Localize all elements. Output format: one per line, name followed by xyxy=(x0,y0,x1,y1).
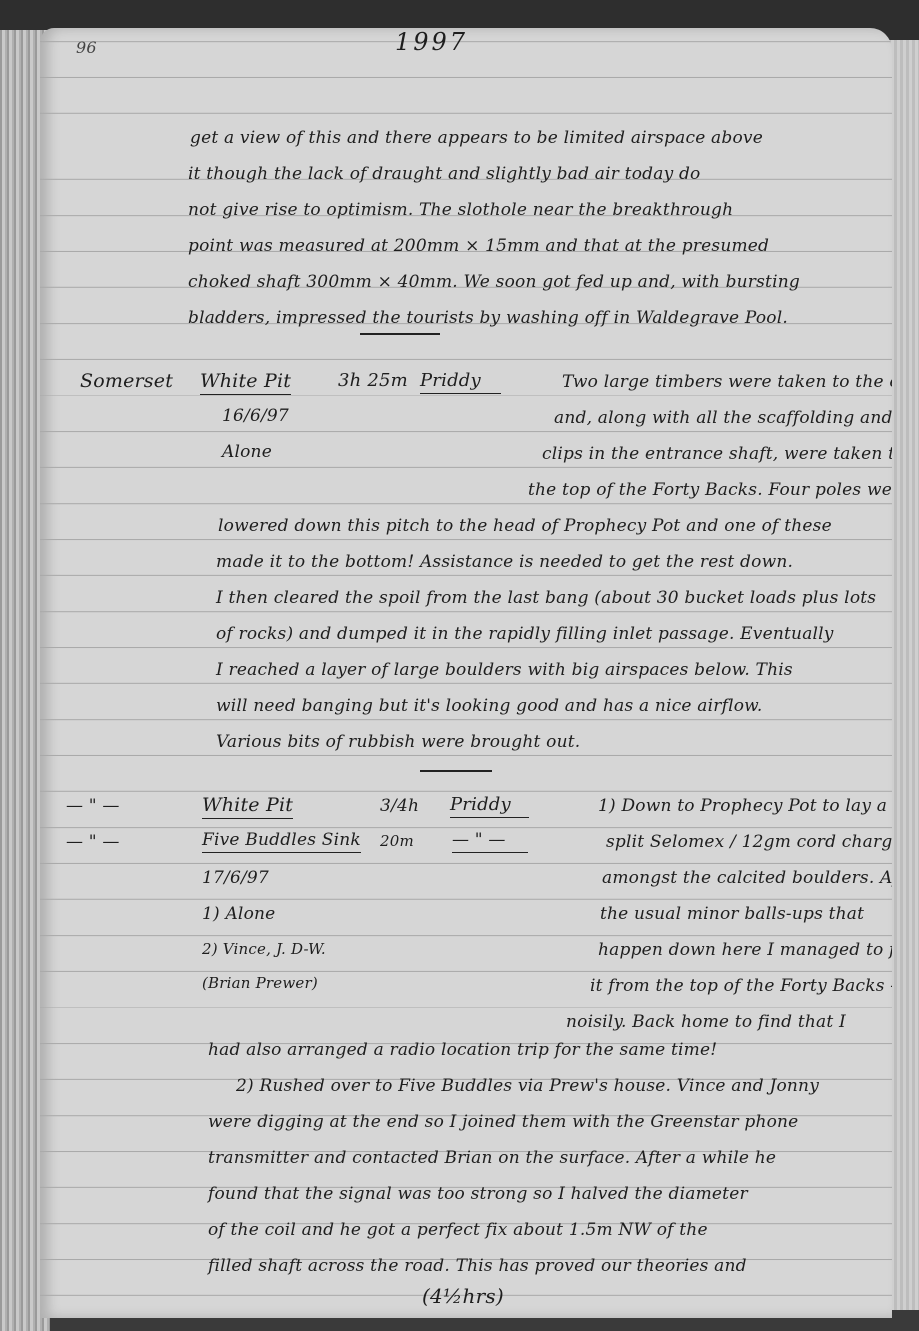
entry2-cave-1: White Pit xyxy=(202,794,293,819)
entry1-region: Somerset xyxy=(80,370,173,392)
continuation-line: not give rise to optimism. The slothole … xyxy=(188,200,733,220)
entry2-cave-2: Five Buddles Sink xyxy=(202,830,361,853)
entry1-line: I then cleared the spoil from the last b… xyxy=(216,588,876,608)
entry2-side-line: happen down here I managed to fire xyxy=(598,940,892,960)
entry2-side-line: split Selomex / 12gm cord charge xyxy=(606,832,892,852)
entry1-line: Various bits of rubbish were brought out… xyxy=(216,732,580,752)
year-heading: 1997 xyxy=(395,28,468,56)
entry2-duration-2: 20m xyxy=(380,832,414,850)
entry2-total-time: (4½hrs) xyxy=(422,1284,504,1308)
entry2-party-2: 2) Vince, J. D-W. xyxy=(202,940,326,958)
entry2-line: 2) Rushed over to Five Buddles via Prew'… xyxy=(236,1076,819,1096)
entry1-side-line: the top of the Forty Backs. Four poles w… xyxy=(528,480,892,500)
entry2-line: transmitter and contacted Brian on the s… xyxy=(208,1148,776,1168)
entry2-location-1: Priddy xyxy=(450,794,529,818)
continuation-line: choked shaft 300mm × 40mm. We soon got f… xyxy=(188,272,800,292)
entry2-line: of the coil and he got a perfect fix abo… xyxy=(208,1220,708,1240)
entry1-duration: 3h 25m xyxy=(338,370,408,391)
continuation-line: bladders, impressed the tourists by wash… xyxy=(188,308,788,328)
entry1-party: Alone xyxy=(222,442,272,462)
entry2-line: filled shaft across the road. This has p… xyxy=(208,1256,747,1276)
separator-line xyxy=(420,770,492,772)
entry2-location-2: — " — xyxy=(452,830,528,853)
entry1-line: made it to the bottom! Assistance is nee… xyxy=(216,552,793,572)
entry2-date: 17/6/97 xyxy=(202,868,269,888)
notebook-page: 96 1997 get a view of this and there app… xyxy=(40,28,892,1318)
continuation-line: point was measured at 200mm × 15mm and t… xyxy=(188,236,769,256)
entry1-line: of rocks) and dumped it in the rapidly f… xyxy=(216,624,834,644)
continuation-line: it though the lack of draught and slight… xyxy=(188,164,701,184)
entry2-line: found that the signal was too strong so … xyxy=(208,1184,748,1204)
separator-line xyxy=(360,333,440,335)
page-number: 96 xyxy=(76,38,97,57)
entry2-duration-1: 3/4h xyxy=(380,796,419,816)
entry1-line: lowered down this pitch to the head of P… xyxy=(218,516,832,536)
entry2-side-line: noisily. Back home to find that I xyxy=(566,1012,846,1032)
entry1-side-line: Two large timbers were taken to the cave xyxy=(562,372,892,392)
entry2-side-line: the usual minor balls-ups that xyxy=(600,904,864,924)
entry1-location: Priddy xyxy=(420,370,501,394)
entry1-side-line: clips in the entrance shaft, were taken … xyxy=(542,444,892,464)
entry1-date: 16/6/97 xyxy=(222,406,289,426)
entry2-side-line: amongst the calcited boulders. After xyxy=(602,868,892,888)
entry2-ditto: — " — xyxy=(66,832,120,852)
entry2-side-line: 1) Down to Prophecy Pot to lay a xyxy=(598,796,887,816)
entry1-line: I reached a layer of large boulders with… xyxy=(216,660,793,680)
entry2-party-3: (Brian Prewer) xyxy=(202,974,318,992)
entry2-line: were digging at the end so I joined them… xyxy=(208,1112,798,1132)
next-page-edge xyxy=(888,40,919,1310)
entry2-side-line: it from the top of the Forty Backs - ver… xyxy=(590,976,892,996)
entry1-cave: White Pit xyxy=(200,370,291,395)
entry2-party-1: 1) Alone xyxy=(202,904,275,924)
entry1-side-line: and, along with all the scaffolding and xyxy=(554,408,892,428)
entry2-line: had also arranged a radio location trip … xyxy=(208,1040,717,1060)
entry1-line: will need banging but it's looking good … xyxy=(216,696,763,716)
continuation-line: get a view of this and there appears to … xyxy=(190,128,763,148)
entry2-ditto: — " — xyxy=(66,796,120,816)
